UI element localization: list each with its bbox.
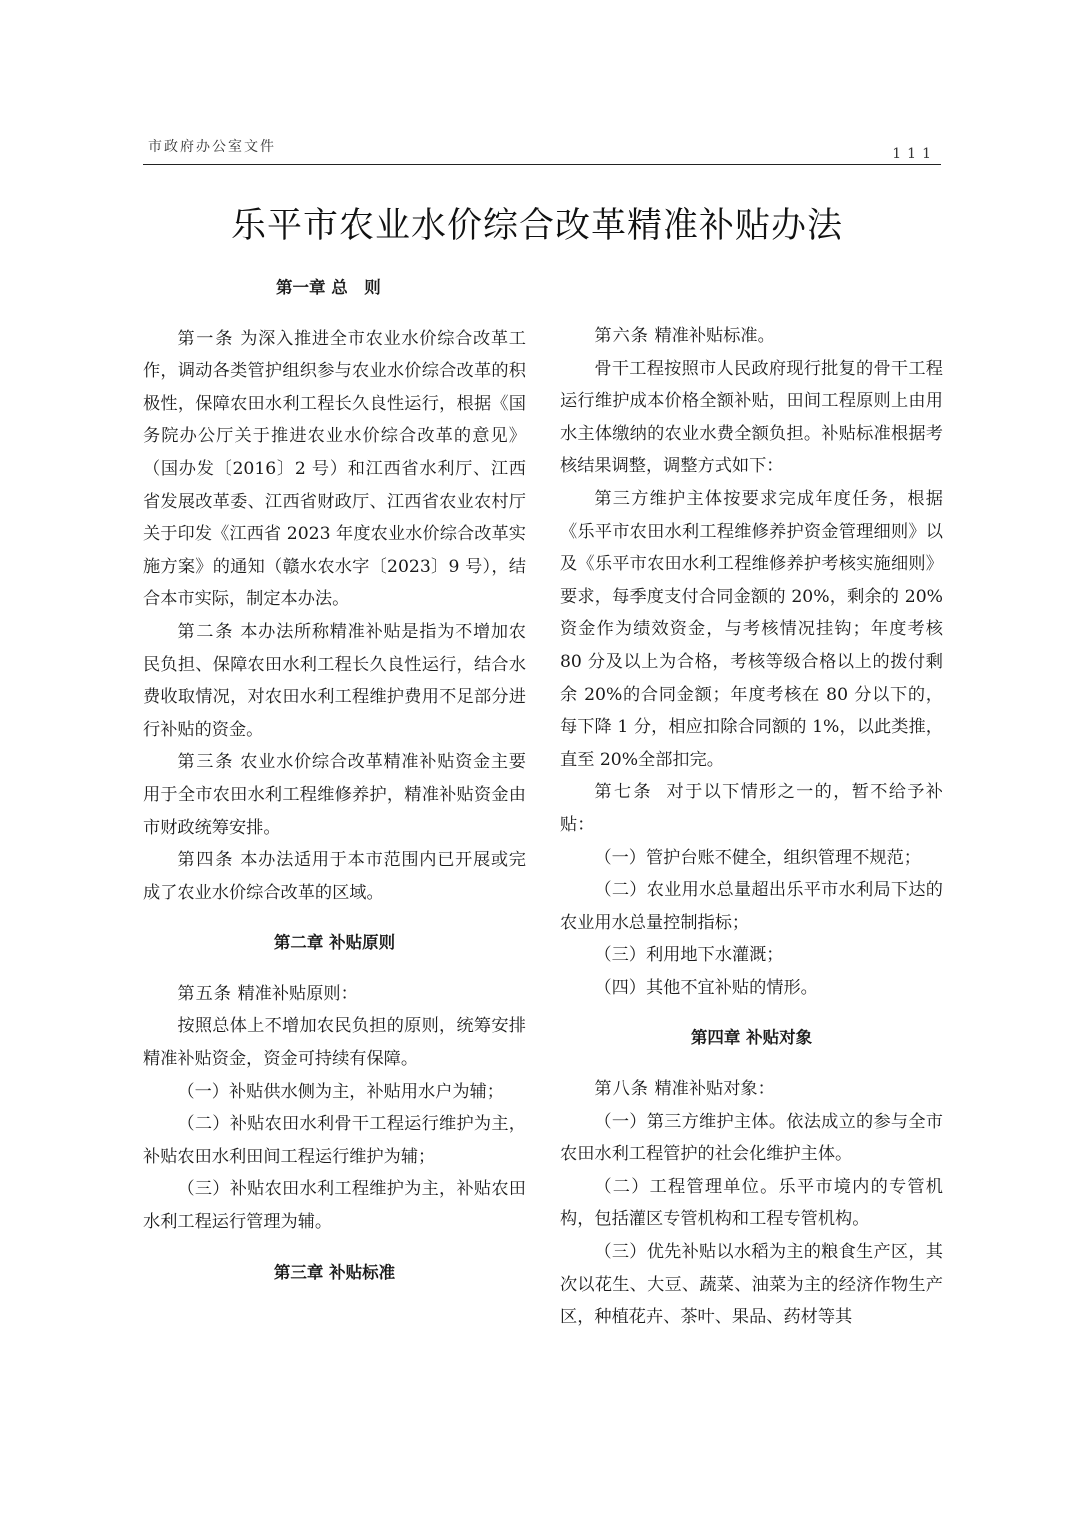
chapter-3-heading: 第三章 补贴标准 [143, 1257, 526, 1290]
chapter-2-heading: 第二章 补贴原则 [143, 927, 526, 960]
article-8: 第八条 精准补贴对象： [560, 1073, 943, 1106]
article-1-label: 第一条 [177, 329, 234, 349]
article-7-item: （二）农业用水总量超出乐平市水利局下达的农业用水总量控制指标； [560, 874, 943, 939]
article-7: 第七条 对于以下情形之一的，暂不给予补贴： [560, 776, 943, 841]
article-5-label: 第五条 [177, 984, 232, 1004]
article-6-paragraph-2: 第三方维护主体按要求完成年度任务，根据《乐平市农田水利工程维修养护资金管理细则》… [560, 483, 943, 776]
header-source: 市政府办公室文件 [148, 136, 276, 156]
article-3: 第三条 农业水价综合改革精准补贴资金主要用于全市农田水利工程维修养护，精准补贴资… [143, 746, 526, 844]
article-6-paragraph-1: 骨干工程按照市人民政府现行批复的骨干工程运行维护成本价格全额补贴，田间工程原则上… [560, 353, 943, 483]
article-1-text: 为深入推进全市农业水价综合改革工作，调动各类管护组织参与农业水价综合改革的积极性… [143, 329, 526, 610]
article-5-item: （三）补贴农田水利工程维护为主，补贴农田水利工程运行管理为辅。 [143, 1173, 526, 1238]
article-7-item: （一）管护台账不健全，组织管理不规范； [560, 842, 943, 875]
page-number: 111 [892, 146, 937, 162]
document-title: 乐平市农业水价综合改革精准补贴办法 [0, 198, 1074, 248]
article-2: 第二条 本办法所称精准补贴是指为不增加农民负担、保障农田水利工程长久良性运行，结… [143, 616, 526, 746]
right-column: 第六条 精准补贴标准。 骨干工程按照市人民政府现行批复的骨干工程运行维护成本价格… [560, 320, 943, 1334]
article-6: 第六条 精准补贴标准。 [560, 320, 943, 353]
chapter-4-heading: 第四章 补贴对象 [560, 1022, 943, 1055]
article-8-label: 第八条 [594, 1079, 649, 1099]
article-5-text: 精准补贴原则： [237, 984, 357, 1004]
chapter-1-heading: 第一章 总 则 [143, 272, 526, 305]
article-4: 第四条 本办法适用于本市范围内已开展或完成了农业水价综合改革的区域。 [143, 844, 526, 909]
article-8-item: （一）第三方维护主体。依法成立的参与全市农田水利工程管护的社会化维护主体。 [560, 1106, 943, 1171]
article-5-paragraph: 按照总体上不增加农民负担的原则，统筹安排精准补贴资金，资金可持续有保障。 [143, 1010, 526, 1075]
article-5-item: （一）补贴供水侧为主，补贴用水户为辅； [143, 1076, 526, 1109]
article-1: 第一条 为深入推进全市农业水价综合改革工作，调动各类管护组织参与农业水价综合改革… [143, 323, 526, 616]
article-7-label: 第七条 [594, 782, 653, 802]
article-4-label: 第四条 [177, 850, 234, 870]
article-7-item: （四）其他不宜补贴的情形。 [560, 972, 943, 1005]
article-8-text: 精准补贴对象： [654, 1079, 774, 1099]
article-7-item: （三）利用地下水灌溉； [560, 939, 943, 972]
article-3-label: 第三条 [177, 752, 234, 772]
article-5-item: （二）补贴农田水利骨干工程运行维护为主，补贴农田水利田间工程运行维护为辅； [143, 1108, 526, 1173]
article-6-label: 第六条 [594, 326, 649, 346]
article-6-text: 精准补贴标准。 [654, 326, 774, 346]
article-8-item: （二）工程管理单位。乐平市境内的专管机构，包括灌区专管机构和工程专管机构。 [560, 1171, 943, 1236]
article-5: 第五条 精准补贴原则： [143, 978, 526, 1011]
article-8-item: （三）优先补贴以水稻为主的粮食生产区，其次以花生、大豆、蔬菜、油菜为主的经济作物… [560, 1236, 943, 1334]
left-column: 第一章 总 则 第一条 为深入推进全市农业水价综合改革工作，调动各类管护组织参与… [143, 270, 526, 1289]
running-header: 市政府办公室文件 111 [143, 136, 941, 165]
article-2-label: 第二条 [177, 622, 234, 642]
